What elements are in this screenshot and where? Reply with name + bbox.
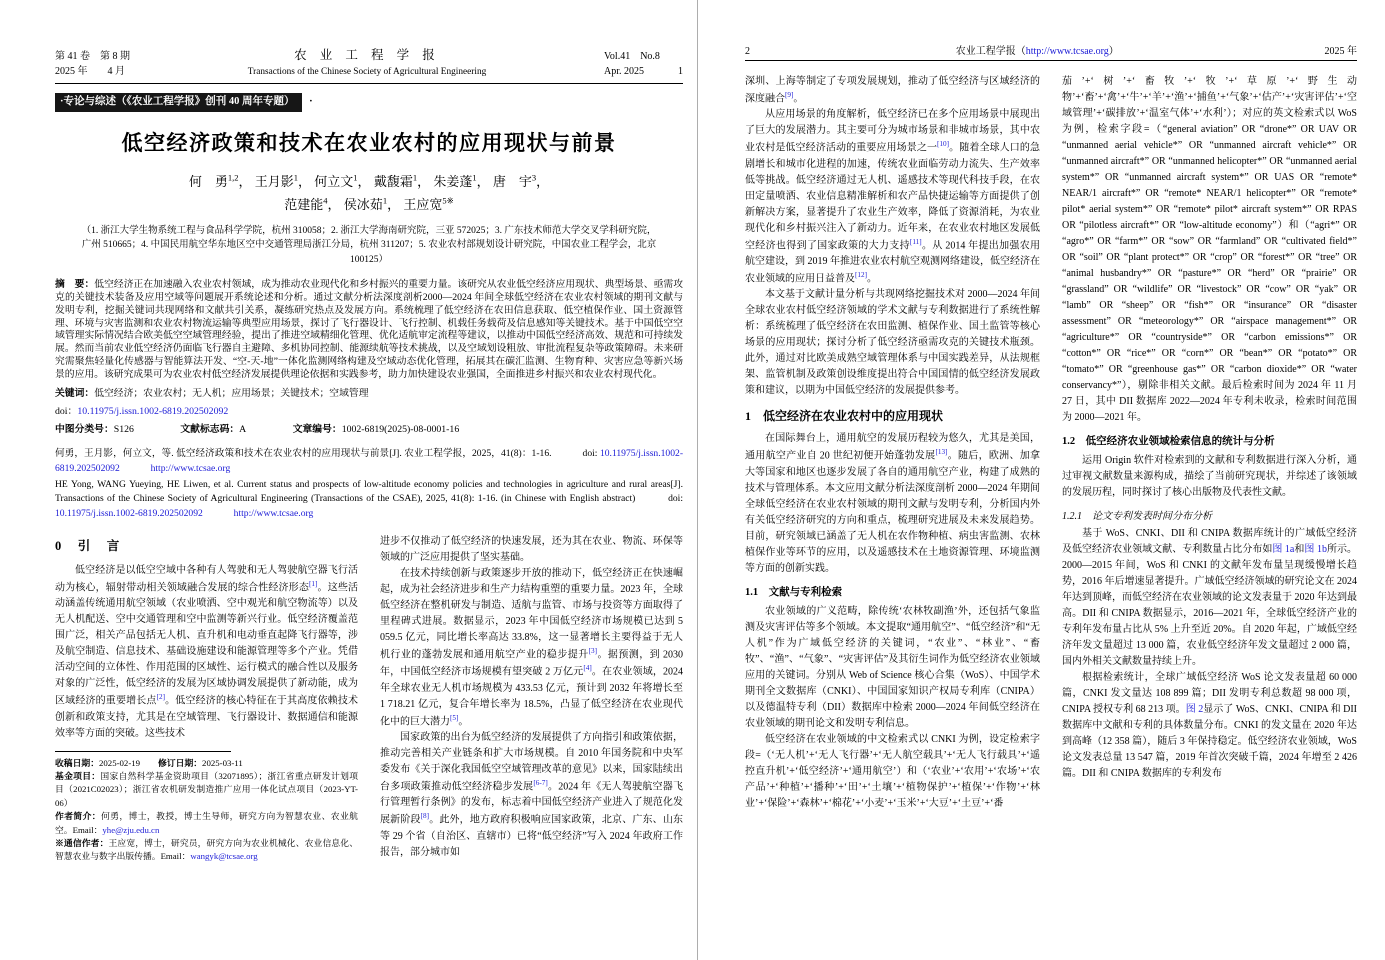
section-heading-0: 0 引 言 [55,536,358,554]
section-heading-1: 1 低空经济在农业农村中的应用现状 [745,407,1040,424]
body-paragraph: 进步不仅推动了低空经济的快速发展，还为其在农业、物流、环保等领域的广泛应用提供了… [380,534,683,566]
journal-title-cn: 农 业 工 程 学 报 [130,46,604,65]
special-topic-banner-row: ·专论与综述（《农业工程学报》创刊 40 周年专题） · [55,93,683,113]
footnote-funding: 基金项目：国家自然科学基金资助项目（32071895）；浙江省重点研发计划项目（… [55,770,358,810]
body-paragraph: 运用 Origin 软件对检索到的文献和专利数据进行深入分析，通过审视文献数量来… [1062,453,1357,501]
doi-line: doi：10.11975/j.issn.1002-6819.202502092 [55,403,683,417]
article-id-label: 文章编号： [293,424,342,435]
journal-title-en: Transactions of the Chinese Society of A… [130,65,604,79]
page-number: 1 [678,64,683,80]
author-list: 何 勇1,2， 王月影1， 何立文1， 戴馥霜1， 朱姜蓬1， 唐 宇3， 范建… [55,170,683,216]
corresponding-email-link[interactable]: wangyk@tcsae.org [190,851,257,861]
date-en: Apr. 2025 [604,64,644,80]
clc-value: S126 [114,424,134,435]
clc-label: 中图分类号： [55,424,114,435]
author: 王月影1， [255,174,311,189]
body-paragraph: 基于 WoS、CNKI、DII 和 CNIPA 数据库统计的广域低空经济及低空经… [1062,526,1357,670]
author: 侯冰茹1， [344,197,400,212]
paper-title: 低空经济政策和技术在农业农村的应用现状与前景 [55,127,683,157]
body-paragraph: 根据检索统计，全球广域低空经济 WoS 论文发表量超 60 000 篇，CNKI… [1062,670,1357,782]
section-heading-1-2: 1.2 低空经济农业领域检索信息的统计与分析 [1062,433,1357,448]
keywords-label: 关键词： [55,388,94,399]
article-id-value: 1002-6819(2025)-08-0001-16 [342,424,460,435]
special-topic-banner: ·专论与综述（《农业工程学报》创刊 40 周年专题） [55,93,302,113]
body-paragraph: 低空经济在农业领域的中文检索式以 CNKI 为例，设定检索字段=（‘无人机’+‘… [745,732,1040,812]
volume-en: Vol.41 No.8 [604,49,683,65]
keywords-line: 关键词：低空经济；农业农村；无人机；应用场景；关键技术；空域管理 [55,385,683,399]
classification-line: 中图分类号：S126 文献标志码：A 文章编号：1002-6819(2025)-… [55,421,683,435]
column-right: 茄’+‘树’+‘畜牧’+‘牧’+‘草原’+‘野生动物’+‘畜’+‘禽’+‘牛’+… [1062,74,1357,812]
footnote-block: 收稿日期：2025-02-19修订日期：2025-03-11 基金项目：国家自然… [55,751,358,864]
author-corresponding: 王应宽5※ [403,197,453,212]
journal-header: 第 41 卷 第 8 期 2025 年 4 月 农 业 工 程 学 报 Tran… [55,46,683,80]
header-vol-en: Vol.41 No.8 Apr. 2025 1 [604,49,683,80]
author-row-2: 范建能4， 侯冰茹1， 王应宽5※ [55,194,683,217]
footnote-rule [55,751,231,752]
figure-ref-1b[interactable]: 图 1b [1304,544,1327,555]
footnote-author-bio: 作者简介：何勇，博士，教授，博士生导师，研究方向为智慧农业、农业航空。Email… [55,810,358,837]
body-paragraph: 本文基于文献计量分析与共现网络挖掘技术对 2000—2024 年间全球农业农村低… [745,287,1040,399]
author: 范建能4， [284,197,340,212]
body-paragraph: 在国际舞台上，通用航空的发展历程较为悠久，尤其是美国，通用航空产业自 20 世纪… [745,431,1040,576]
two-column-body: 0 引 言 低空经济是以低空空域中各种有人驾驶和无人驾驶航空器飞行活动为核心，辐… [55,534,683,864]
section-heading-1-1: 1.1 文献与专利检索 [745,584,1040,599]
body-paragraph: 低空经济是以低空空域中各种有人驾驶和无人驾驶航空器飞行活动为核心，辐射带动相关领… [55,563,358,742]
doc-code-label: 文献标志码： [180,424,239,435]
abstract-label: 摘 要： [55,279,94,290]
volume-cn: 第 41 卷 第 8 期 [55,49,130,65]
header-rule [745,60,1357,61]
column-right: 进步不仅推动了低空经济的快速发展，还为其在农业、物流、环保等领域的广泛应用提供了… [380,534,683,864]
body-paragraph: 国家政策的出台为低空经济的发展提供了方向指引和政策依据，推动完善相关产业链条和扩… [380,730,683,861]
abstract-text: 低空经济正在加速融入农业农村领域，成为推动农业现代化和乡村振兴的重要力量。该研究… [55,279,683,380]
body-paragraph: 农业领域的广义范畴，除传统‘农林牧副渔’外，还包括气象监测及灾害评估等多个领域。… [745,604,1040,732]
author: 朱姜蓬1， [433,174,489,189]
author-row-1: 何 勇1,2， 王月影1， 何立文1， 戴馥霜1， 朱姜蓬1， 唐 宇3， [55,170,683,193]
figure-ref-1a[interactable]: 图 1a [1272,544,1294,555]
date-cn: 2025 年 4 月 [55,64,130,80]
abstract: 摘 要：低空经济正在加速融入农业农村领域，成为推动农业现代化和乡村振兴的重要力量… [55,279,683,382]
running-year: 2025 年 [1325,42,1358,57]
doi-label: doi： [55,406,77,417]
footnote-corresponding-author: ※通信作者：王应宽，博士，研究员，研究方向为农业机械化、农业信息化、智慧农业与数… [55,837,358,864]
page-2: 2 农业工程学报（http://www.tcsae.org） 2025 年 深圳… [697,0,1385,960]
citation-block: 何勇，王月影，何立文，等. 低空经济政策和技术在农业农村的应用现状与前景[J].… [55,447,683,521]
header-journal-name: 农 业 工 程 学 报 Transactions of the Chinese … [130,46,604,80]
running-header: 2 农业工程学报（http://www.tcsae.org） 2025 年 [745,42,1357,57]
body-paragraph: 在技术持续创新与政策逐步开放的推动下，低空经济正在快速崛起，成为社会经济进步和生… [380,566,683,730]
header-volume-issue: 第 41 卷 第 8 期 2025 年 4 月 [55,49,130,80]
column-left: 0 引 言 低空经济是以低空空域中各种有人驾驶和无人驾驶航空器飞行活动为核心，辐… [55,534,358,864]
author: 唐 宇3， [493,174,549,189]
body-paragraph: 茄’+‘树’+‘畜牧’+‘牧’+‘草原’+‘野生动物’+‘畜’+‘禽’+‘牛’+… [1062,74,1357,426]
journal-url-link[interactable]: http://www.tcsae.org [151,463,231,474]
citation-doi-label: doi: [583,448,600,459]
footnote-dates: 收稿日期：2025-02-19修订日期：2025-03-11 [55,757,358,770]
journal-url-link[interactable]: http://www.tcsae.org [234,508,314,519]
header-rule [55,83,683,84]
citation-en: HE Yong, WANG Yueying, HE Liwen, et al. … [55,478,683,521]
body-paragraph: 从应用场景的角度解析，低空经济已在多个应用场景中展现出了巨大的发展潜力。其主要可… [745,107,1040,287]
figure-ref-2[interactable]: 图 2 [1186,704,1204,715]
column-left: 深圳、上海等制定了专项发展规划，推动了低空经济与区域经济的深度融合[9]。 从应… [745,74,1040,812]
section-heading-1-2-1: 1.2.1 论文专利发表时间分布分析 [1062,507,1357,522]
two-column-body: 深圳、上海等制定了专项发展规划，推动了低空经济与区域经济的深度融合[9]。 从应… [745,74,1357,812]
doc-code-value: A [239,424,246,435]
doi-link[interactable]: 10.11975/j.issn.1002-6819.202502092 [77,406,228,417]
keywords-text: 低空经济；农业农村；无人机；应用场景；关键技术；空域管理 [94,388,368,399]
citation-en-doi-label: doi: [668,493,683,504]
author: 戴馥霜1， [374,174,430,189]
author: 何立文1， [314,174,370,189]
page-1: 第 41 卷 第 8 期 2025 年 4 月 农 业 工 程 学 报 Tran… [0,0,697,960]
affiliations: （1. 浙江大学生物系统工程与食品科学学院，杭州 310058；2. 浙江大学海… [55,224,683,268]
running-journal-title: 农业工程学报（http://www.tcsae.org） [750,42,1325,57]
citation-cn: 何勇，王月影，何立文，等. 低空经济政策和技术在农业农村的应用现状与前景[J].… [55,447,683,476]
banner-dot: · [309,96,313,107]
author: 何 勇1,2， [189,174,252,189]
body-paragraph: 深圳、上海等制定了专项发展规划，推动了低空经济与区域经济的深度融合[9]。 [745,74,1040,107]
author-email-link[interactable]: yhe@zju.edu.cn [102,825,159,835]
journal-url-link[interactable]: http://www.tcsae.org [1026,46,1109,57]
citation-en-doi-link[interactable]: 10.11975/j.issn.1002-6819.202502092 [55,508,203,519]
